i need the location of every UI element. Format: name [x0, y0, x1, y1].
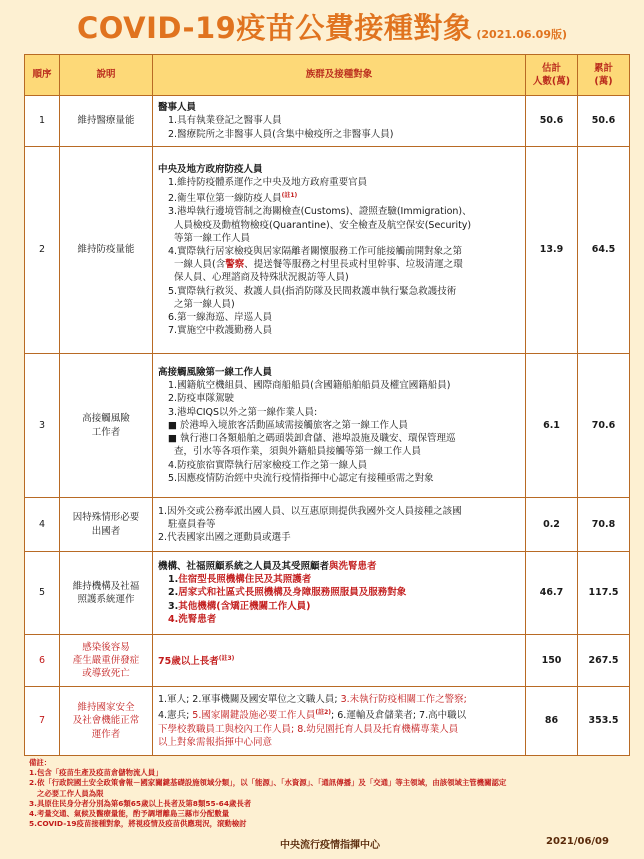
group-item: 5.因應疫情防治經中央流行疫情指揮中心認定有接種亟需之對象: [158, 472, 520, 485]
footer-organization: 中央流行疫情指揮中心: [210, 836, 450, 851]
group-heading: 75歲以上長者: [158, 656, 219, 667]
row-cumulative: 267.5: [578, 635, 630, 687]
footer-date: 2021/06/09: [546, 836, 609, 847]
row-content: 機構、社福照顧系統之人員及其受照顧者與洗腎患者 1.住宿型長照機構住民及其照護者…: [153, 552, 526, 635]
row-estimate: 150: [526, 635, 578, 687]
group-item-cont: 保人員、心理諮商及特殊狀況親訪等人員): [158, 271, 520, 284]
group-item: 1.維持防疫體系運作之中央及地方政府重要官員: [158, 176, 520, 189]
group-item: 3.港埠執行邊境管制之海關檢查(Customs)、證照查驗(Immigratio…: [158, 205, 520, 218]
group-item: 2.醫療院所之非醫事人員(含集中檢疫所之非醫事人員): [158, 128, 520, 141]
header-cum: 累計 (萬): [578, 55, 630, 96]
header-desc: 說明: [60, 55, 153, 96]
group-heading: 醫事人員: [158, 101, 520, 114]
group-item: 4.實際執行居家檢疫與居家隔離者關懷服務工作可能接觸前開對象之第: [158, 245, 520, 258]
group-item: 7.實施空中救護勤務人員: [158, 324, 520, 337]
group-item: 4.洗腎患者: [158, 613, 520, 626]
group-item: 2.居家式和社區式長照機構及身障服務照服員及服務對象: [158, 586, 520, 599]
group-item: 3.其他機構(含矯正機關工作人員): [158, 600, 520, 613]
footnote-ref: (註2): [315, 709, 331, 716]
note-item: 2.依「行政院國土安全政策會報－國家關鍵基礎設施領域分類」，以「能源」、「水資源…: [29, 778, 629, 788]
row-content: 75歲以上長者(註3): [153, 635, 526, 687]
row-desc: 維持醫療量能: [60, 96, 153, 147]
row-estimate: 50.6: [526, 96, 578, 147]
header-group: 族群及接種對象: [153, 55, 526, 96]
table-row: 6 感染後容易 產生嚴重併發症 或導致死亡 75歲以上長者(註3) 150 26…: [25, 635, 630, 687]
group-item: 2.代表國家出國之運動員或選手: [158, 531, 520, 544]
note-item: 3.具原住民身分者分別為第6類65歲以上長者及第8類55-64歲長者: [29, 799, 629, 809]
row-desc: 維持國家安全 及社會機能正常 運作者: [60, 687, 153, 756]
row-desc: 因特殊情形必要 出國者: [60, 498, 153, 552]
table-row: 4 因特殊情形必要 出國者 1.因外交或公務奉派出國人員、以互惠原則提供我國外交…: [25, 498, 630, 552]
group-item: 5.實際執行救災、救護人員(指消防隊及民間救護車執行緊急救護技術: [158, 285, 520, 298]
group-item: 1.因外交或公務奉派出國人員、以互惠原則提供我國外交人員接種之該國: [158, 505, 520, 518]
notes-section: 備註： 1.包含「疫苗生產及疫苗倉儲物流人員」 2.依「行政院國土安全政策會報－…: [29, 758, 629, 829]
note-item: 4.考量交通、氣候及醫療量能，酌予調增離島三縣市分配數量: [29, 809, 629, 819]
bullet-item: ■ 於港埠入境旅客活動區域需接觸旅客之第一線工作人員: [158, 419, 520, 432]
row-cumulative: 70.6: [578, 354, 630, 498]
table-row: 1 維持醫療量能 醫事人員 1.具有執業登記之醫事人員 2.醫療院所之非醫事人員…: [25, 96, 630, 147]
note-item-cont: 之必要工作人員為限: [29, 789, 629, 799]
table-header-row: 順序 說明 族群及接種對象 估計 人數(萬) 累計 (萬): [25, 55, 630, 96]
highlight-police: 警察: [225, 259, 244, 270]
row-order: 4: [25, 498, 60, 552]
group-line: 1.軍人; 2.軍事機關及國安單位之文職人員; 3.未執行防疫相關工作之警察;: [158, 693, 520, 706]
row-estimate: 13.9: [526, 147, 578, 354]
row-content: 中央及地方政府防疫人員 1.維持防疫體系運作之中央及地方政府重要官員 2.衛生單…: [153, 147, 526, 354]
bullet-item: ■ 執行港口各類船舶之碼頭裝卸倉儲、港埠設施及職安、環保管理巡: [158, 432, 520, 445]
row-order: 2: [25, 147, 60, 354]
note-item: 5.COVID-19疫苗接種對象，將視疫情及疫苗供應現況，滾動檢討: [29, 819, 629, 829]
group-item: 1.具有執業登記之醫事人員: [158, 114, 520, 127]
row-cumulative: 117.5: [578, 552, 630, 635]
row-desc: 高接觸風險 工作者: [60, 354, 153, 498]
group-line: 下學校教職員工與校內工作人員; 8.幼兒園托育人員及托育機構專業人員: [158, 723, 520, 736]
title-version: (2021.06.09版): [476, 28, 567, 41]
row-order: 1: [25, 96, 60, 147]
group-item: 3.港埠CIQS以外之第一線作業人員:: [158, 406, 520, 419]
row-order: 5: [25, 552, 60, 635]
row-content: 1.軍人; 2.軍事機關及國安單位之文職人員; 3.未執行防疫相關工作之警察; …: [153, 687, 526, 756]
row-content: 醫事人員 1.具有執業登記之醫事人員 2.醫療院所之非醫事人員(含集中檢疫所之非…: [153, 96, 526, 147]
group-item: 6.第一線海巡、岸巡人員: [158, 311, 520, 324]
footnote-ref: (註1): [282, 192, 298, 199]
header-order: 順序: [25, 55, 60, 96]
table-row: 2 維持防疫量能 中央及地方政府防疫人員 1.維持防疫體系運作之中央及地方政府重…: [25, 147, 630, 354]
row-estimate: 46.7: [526, 552, 578, 635]
row-content: 高接觸風險第一線工作人員 1.國籍航空機組員、國際商船船員(含國籍船舶船員及權宜…: [153, 354, 526, 498]
group-item: 1.住宿型長照機構住民及其照護者: [158, 573, 520, 586]
header-est: 估計 人數(萬): [526, 55, 578, 96]
group-line: 以上對象需報指揮中心同意: [158, 736, 520, 749]
row-desc: 維持機構及社福 照護系統運作: [60, 552, 153, 635]
row-content: 1.因外交或公務奉派出國人員、以互惠原則提供我國外交人員接種之該國 駐臺員眷等 …: [153, 498, 526, 552]
row-desc: 感染後容易 產生嚴重併發症 或導致死亡: [60, 635, 153, 687]
group-item: 4.防疫旅宿實際執行居家檢疫工作之第一線人員: [158, 459, 520, 472]
notes-label: 備註：: [29, 758, 629, 768]
table-row: 7 維持國家安全 及社會機能正常 運作者 1.軍人; 2.軍事機關及國安單位之文…: [25, 687, 630, 756]
row-estimate: 6.1: [526, 354, 578, 498]
group-item-cont: 等第一線工作人員: [158, 232, 520, 245]
row-cumulative: 70.8: [578, 498, 630, 552]
row-desc: 維持防疫量能: [60, 147, 153, 354]
row-order: 6: [25, 635, 60, 687]
row-cumulative: 50.6: [578, 96, 630, 147]
group-heading: 中央及地方政府防疫人員: [158, 163, 520, 176]
group-heading: 高接觸風險第一線工作人員: [158, 366, 520, 379]
footnote-ref: (註3): [219, 655, 235, 662]
group-item-cont: 駐臺員眷等: [158, 518, 520, 531]
group-heading: 機構、社福照顧系統之人員及其受照顧者與洗腎患者: [158, 560, 520, 573]
vaccine-priority-table: 順序 說明 族群及接種對象 估計 人數(萬) 累計 (萬) 1 維持醫療量能 醫…: [24, 54, 630, 756]
row-order: 3: [25, 354, 60, 498]
title-main: COVID-19疫苗公費接種對象: [77, 11, 472, 45]
note-item: 1.包含「疫苗生產及疫苗倉儲物流人員」: [29, 768, 629, 778]
row-cumulative: 353.5: [578, 687, 630, 756]
table-row: 5 維持機構及社福 照護系統運作 機構、社福照顧系統之人員及其受照顧者與洗腎患者…: [25, 552, 630, 635]
row-order: 7: [25, 687, 60, 756]
group-item-cont: 一線人員(含警察、提送餐等服務之村里長或村里幹事、垃圾清運之環: [158, 258, 520, 271]
group-line: 4.憲兵; 5.國家關鍵設施必要工作人員(註2); 6.運輸及倉儲業者; 7.高…: [158, 706, 520, 722]
group-item: 2.衛生單位第一線防疫人員(註1): [158, 189, 520, 205]
group-item-cont: 人員檢疫及動植物檢疫(Quarantine)、安全檢查及航空保安(Securit…: [158, 219, 520, 232]
row-cumulative: 64.5: [578, 147, 630, 354]
group-item: 1.國籍航空機組員、國際商船船員(含國籍船舶船員及權宜國籍船員): [158, 379, 520, 392]
group-item-cont: 查，引水等各項作業，須與外籍船員接觸等第一線工作人員: [158, 445, 520, 458]
group-item-cont: 之第一線人員): [158, 298, 520, 311]
row-estimate: 0.2: [526, 498, 578, 552]
row-estimate: 86: [526, 687, 578, 756]
group-item: 2.防疫車隊駕駛: [158, 392, 520, 405]
page-title: COVID-19疫苗公費接種對象(2021.06.09版): [0, 6, 644, 47]
table-row: 3 高接觸風險 工作者 高接觸風險第一線工作人員 1.國籍航空機組員、國際商船船…: [25, 354, 630, 498]
